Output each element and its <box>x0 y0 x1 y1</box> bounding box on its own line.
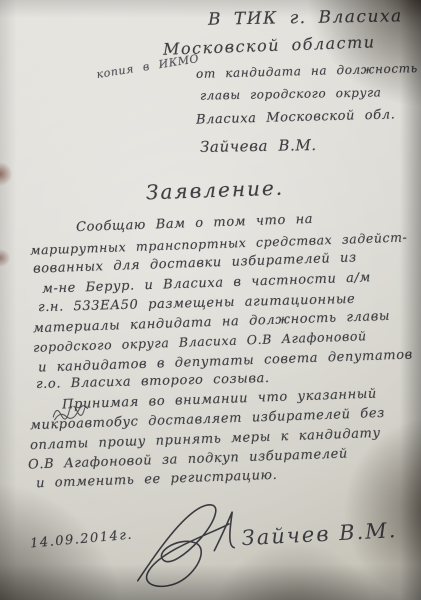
copy-annotation: копия в ИКМО <box>96 52 200 81</box>
body-line: Сообщаю Вам о том что на <box>76 212 314 235</box>
from-line-2: главы городского округа <box>200 85 382 102</box>
signature: Зайчев В.М. <box>116 488 416 598</box>
document-photo: В ТИК г. Власиха Московской области копи… <box>0 0 421 600</box>
body-line: и отменить ее регистрацию. <box>36 468 278 491</box>
signature-name-text: Зайчев В.М. <box>241 518 398 550</box>
from-line-3: Власиха Московской обл. <box>196 107 396 127</box>
signature-flourish <box>134 504 236 588</box>
document-title: Заявление. <box>146 176 285 205</box>
addressee-line-1: В ТИК г. Власиха <box>208 6 403 29</box>
from-line-4: Зайчева В.М. <box>200 136 317 156</box>
from-line-1: от кандидата на должность <box>196 61 418 81</box>
ink-scribble <box>51 405 92 424</box>
